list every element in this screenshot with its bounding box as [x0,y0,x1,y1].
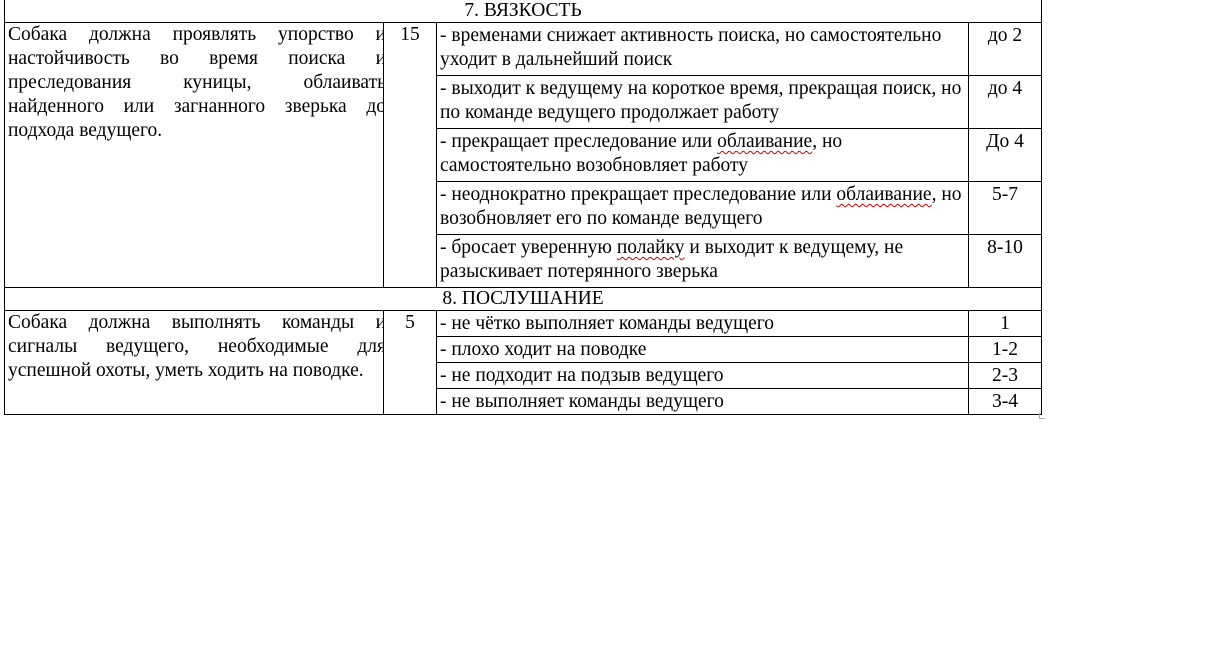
table-row: Собака должна выполнять команды и сигнал… [5,311,1042,337]
table-row: Собака должна проявлять упорство и насто… [5,23,1042,76]
criteria-table: 7. ВЯЗКОСТЬ Собака должна проявлять упор… [4,0,1042,415]
penalty-score: 5-7 [969,182,1042,235]
penalty-score: до 4 [969,76,1042,129]
penalty-score: 8-10 [969,235,1042,288]
penalty-score: 3-4 [969,389,1042,415]
requirement-text: Собака должна проявлять упорство и насто… [8,23,384,143]
penalty-description: - не чётко выполняет команды ведущего [437,311,969,337]
penalty-description: - временами снижает активность поиска, н… [437,23,969,76]
max-points: 15 [384,23,437,288]
requirement-cell: Собака должна проявлять упорство и насто… [5,23,384,288]
section-header-row: 8. ПОСЛУШАНИЕ [5,288,1042,311]
text-segment: - прекращает преследование или [440,131,717,152]
penalty-score: 1-2 [969,337,1042,363]
table-resize-handle[interactable] [1039,413,1045,419]
spellcheck-marked-word[interactable]: облаивание [717,131,812,152]
requirement-cell: Собака должна выполнять команды и сигнал… [5,311,384,415]
text-segment: - неоднократно прекращает преследование … [440,184,836,205]
penalty-description: - плохо ходит на поводке [437,337,969,363]
penalty-score: 1 [969,311,1042,337]
penalty-description: - бросает уверенную полайку и выходит к … [437,235,969,288]
penalty-description: - не подходит на подзыв ведущего [437,363,969,389]
requirement-text: Собака должна выполнять команды и сигнал… [8,311,384,383]
section-header-row: 7. ВЯЗКОСТЬ [5,0,1042,23]
text-segment: - бросает уверенную [440,237,617,258]
penalty-score: 2-3 [969,363,1042,389]
section-title: 8. ПОСЛУШАНИЕ [5,288,1042,311]
spellcheck-marked-word[interactable]: полайку [617,237,685,258]
spellcheck-marked-word[interactable]: облаивание [836,184,931,205]
max-points: 5 [384,311,437,415]
penalty-description: - выходит к ведущему на короткое время, … [437,76,969,129]
penalty-score: до 2 [969,23,1042,76]
penalty-description: - не выполняет команды ведущего [437,389,969,415]
penalty-score: До 4 [969,129,1042,182]
penalty-description: - прекращает преследование или облаивани… [437,129,969,182]
penalty-description: - неоднократно прекращает преследование … [437,182,969,235]
section-title: 7. ВЯЗКОСТЬ [5,0,1042,23]
